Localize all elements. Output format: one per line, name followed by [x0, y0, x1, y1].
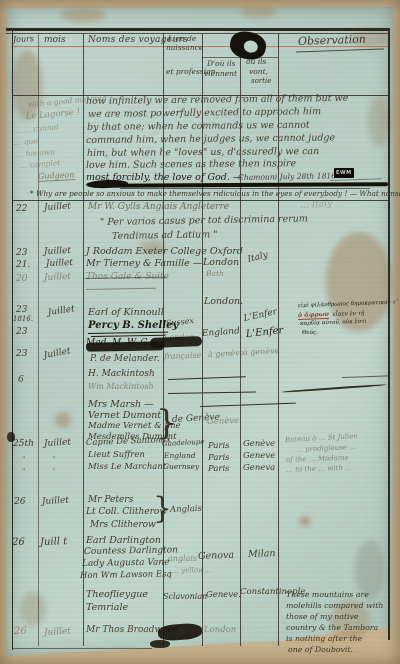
- entry-month: Juillet: [42, 497, 69, 507]
- entry-month: Juillet: [44, 273, 71, 283]
- entry-day: 6: [18, 376, 24, 385]
- header-naissance-1: Lieu de: [168, 35, 196, 43]
- entry-name: H. Mackintosh: [88, 370, 155, 379]
- entry-birth: française: [164, 352, 202, 361]
- entry-month: Juill t: [40, 537, 68, 548]
- entry-observation: molehills compared with: [286, 602, 383, 610]
- entry-venant: Paris: [208, 465, 230, 474]
- entry-name: J Roddam Exeter College Oxford: [86, 247, 243, 257]
- greek-fool-word: ὁ ἄφρων: [298, 311, 329, 320]
- entry-birth: Bath: [206, 270, 224, 278]
- entry-shelley-name: Percy B. Shelley: [88, 321, 178, 331]
- entry-venant: Paris: [208, 454, 230, 463]
- entry-birth: anglais: [168, 555, 197, 563]
- header-observation: Observation: [298, 34, 366, 47]
- header-mois: mois: [44, 36, 65, 45]
- entry-name: Mr Tierney & Famille —: [86, 259, 202, 269]
- ditto-mark: ": [22, 456, 26, 464]
- entry-birth: England: [164, 452, 196, 460]
- pencil-note: … yellow…: [172, 567, 211, 575]
- ditto-mark: ": [22, 468, 26, 476]
- entry-allant: Milan: [248, 549, 276, 559]
- entry-day: 22: [16, 205, 27, 214]
- entry-name: Wm Mackintosh: [88, 383, 154, 391]
- ditto-mark: ": [52, 468, 56, 476]
- greek-annotation-rest: εἶπεν ἐν τῇ: [333, 311, 365, 318]
- entry-venant: Genova: [198, 551, 234, 562]
- passage-line: love him. Such scenes as these then insp…: [86, 159, 296, 170]
- passage-line: by that one; when he commands us we cann…: [87, 121, 310, 133]
- remark-line: * Why are people so anxious to make them…: [30, 190, 400, 197]
- margin-note-line: … que: [14, 137, 38, 146]
- passage-line: him, but when he "loves" us, d'assuredly…: [87, 147, 319, 159]
- entry-name: Countess Darlington: [84, 546, 178, 557]
- header-naissance-2: naissance: [166, 44, 203, 52]
- entry-day: 23: [16, 306, 27, 315]
- entry-allant: Geneve: [243, 452, 275, 461]
- entry-name: Temriale: [86, 603, 128, 613]
- entry-name: Miss Le Marchant: [88, 463, 166, 472]
- entry-venant: Geneve.: [206, 591, 241, 600]
- entry-name: Earl of Kinnoull: [88, 308, 164, 318]
- entry-day: 26: [14, 498, 25, 507]
- entry-month: Juillet: [44, 628, 71, 638]
- entry-name: Lady Augusta Vane: [82, 558, 170, 569]
- entry-month: Juillet: [44, 247, 71, 257]
- greek-annotation-line: Θεός.: [302, 331, 318, 337]
- frame-bottom-partial: [12, 648, 152, 649]
- entry-day: 23: [16, 249, 27, 258]
- entry-day: 20: [16, 275, 27, 284]
- redaction-stamp: EWM: [334, 168, 354, 178]
- entry-allant: Genève: [243, 440, 275, 449]
- entry-day: 21.: [16, 261, 30, 270]
- passage-signature: Chamouni July 28th 1816: [238, 172, 336, 181]
- header-jours: Jours: [13, 35, 34, 44]
- entry-name: Hon Wm Lawson Esq: [80, 570, 172, 580]
- entry-observation: country & the Tambora: [286, 624, 378, 632]
- passage-line: command him, when he judges us, we canno…: [86, 133, 335, 145]
- entry-day: 23: [16, 328, 27, 337]
- entry-venant: London: [203, 258, 239, 268]
- entry-observation: These mountains are: [286, 591, 369, 599]
- entry-day: 25th: [13, 440, 34, 449]
- entry-name: Vernet Dumont: [88, 411, 161, 421]
- frame-left: [12, 28, 13, 650]
- entry-day: 23: [16, 350, 27, 359]
- entry-observation: is nothing after the: [286, 635, 362, 643]
- entry-name: Theoflieygue: [86, 590, 148, 600]
- entry-month: Juillet: [46, 259, 73, 269]
- ink-blot: [150, 336, 202, 348]
- entry-birth: Guernsey: [163, 463, 199, 471]
- frame-top-thick: [6, 28, 390, 31]
- entry-allant: Geneva: [243, 464, 275, 473]
- entry-name: Mr W. Gylls Anglais Angleterre: [88, 203, 229, 212]
- header-venant-1: D'où ils: [207, 60, 235, 68]
- entry-name: Mrs Marsh —: [88, 400, 154, 410]
- entry-name: Lieut Suffren: [88, 451, 145, 460]
- scanned-register-page: Jours mois Noms des voyageurs Lieu de na…: [0, 0, 400, 664]
- entry-month: Juillet: [44, 203, 71, 213]
- entry-day: 26: [14, 627, 27, 637]
- entry-name: P. de Melander.: [90, 355, 160, 364]
- entry-venant: London: [204, 626, 236, 635]
- entry-name: Mrs Clitherow: [90, 521, 156, 530]
- margin-note-line: Gudgeon: [38, 171, 75, 182]
- entry-venant: Paris: [208, 442, 230, 451]
- header-allant-2: vont,: [249, 68, 268, 76]
- entry-venant: Genève: [207, 417, 239, 427]
- entry-observation: one of Doubovit.: [288, 646, 353, 654]
- header-allant-3: sortie: [251, 78, 271, 85]
- entry-name: Earl Darlington: [86, 536, 161, 546]
- entry-day: 26: [12, 538, 25, 548]
- frame-right: [388, 28, 390, 640]
- entry-birth: Anglais: [170, 505, 202, 515]
- entry-venant: London.: [204, 297, 243, 307]
- entry-observation: those of my native: [286, 613, 359, 621]
- ink-blot: [150, 640, 170, 648]
- header-venant-2: viennent: [204, 70, 237, 78]
- latin-quote-line: Tendimus ad Latium ": [112, 230, 218, 241]
- entry-year: 1816.: [13, 316, 33, 323]
- entry-birth: Sclavonian: [163, 593, 207, 601]
- ditto-mark: ": [52, 456, 56, 464]
- entry-name: Mr Peters: [88, 496, 133, 505]
- entry-month: Juillet: [44, 439, 71, 449]
